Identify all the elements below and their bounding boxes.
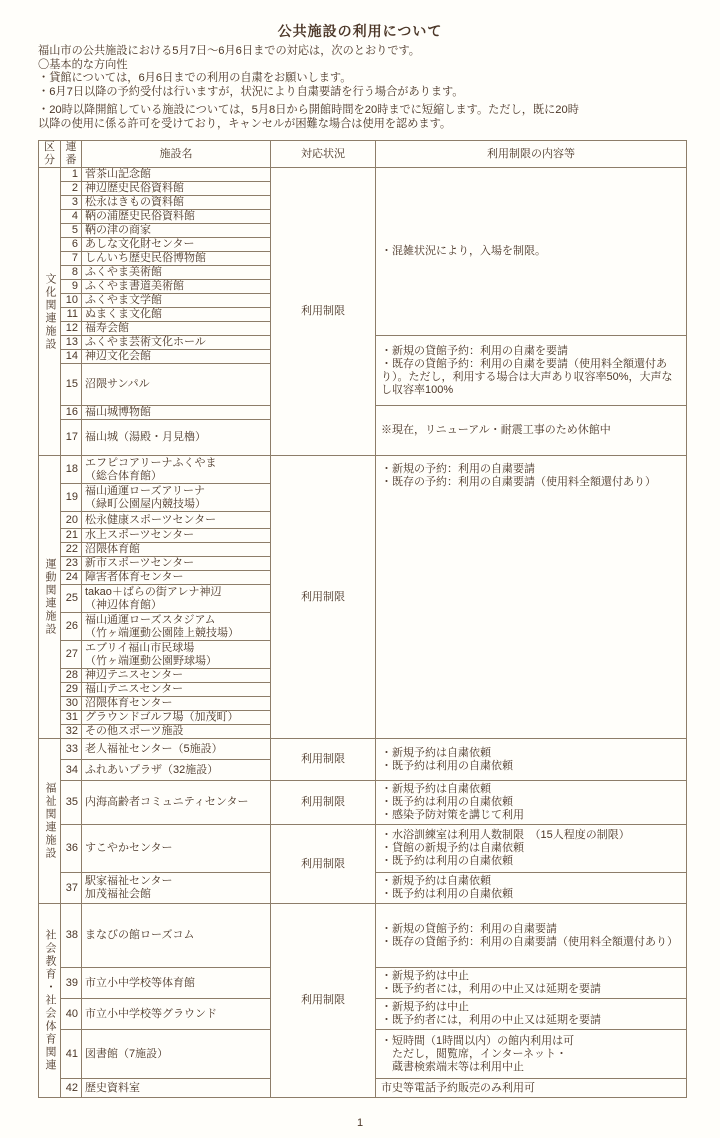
row-number: 3 bbox=[61, 196, 82, 210]
row-number: 29 bbox=[61, 683, 82, 697]
intro-text: 福山市の公共施設における5月7日～6月6日までの対応は，次のとおりです。 〇基本… bbox=[38, 45, 690, 131]
intro-line-4: ・6月7日以降の予約受付は行いますが，状況により自粛要請を行う場合があります。 bbox=[38, 86, 690, 100]
row-number: 9 bbox=[61, 280, 82, 294]
table-row: 福祉関連施設 33 老人福祉センター（5施設） 利用制限 ・新規予約は自粛依頼 … bbox=[39, 739, 687, 760]
table-row: 運動関連施設 18 エフピコアリーナふくやま （総合体育館） 利用制限 ・新規の… bbox=[39, 456, 687, 484]
row-number: 10 bbox=[61, 294, 82, 308]
row-number: 19 bbox=[61, 484, 82, 512]
facility-name: 市立小中学校等グラウンド bbox=[82, 999, 271, 1030]
row-number: 6 bbox=[61, 238, 82, 252]
facility-name: 鞆の浦歴史民俗資料館 bbox=[82, 210, 271, 224]
facility-name: 福山テニスセンター bbox=[82, 683, 271, 697]
table-row: 35 内海高齢者コミュニティセンター 利用制限 ・新規予約は自粛依頼 ・既予約は… bbox=[39, 781, 687, 825]
facility-table: 区分 連番 施設名 対応状況 利用制限の内容等 文化関連施設 1 菅茶山記念館 … bbox=[38, 140, 687, 1098]
row-number: 2 bbox=[61, 182, 82, 196]
facility-name: 神辺歴史民俗資料館 bbox=[82, 182, 271, 196]
row-number: 7 bbox=[61, 252, 82, 266]
row-number: 27 bbox=[61, 641, 82, 669]
table-row: 36 すこやかセンター 利用制限 ・水浴訓練室は利用人数制限 （15人程度の制限… bbox=[39, 825, 687, 873]
facility-name: 駅家福祉センター 加茂福祉会館 bbox=[82, 873, 271, 904]
row-number: 20 bbox=[61, 512, 82, 529]
facility-name: 図書館（7施設） bbox=[82, 1030, 271, 1079]
facility-name: 福山城（湯殿・月見櫓） bbox=[82, 420, 271, 456]
facility-name: すこやかセンター bbox=[82, 825, 271, 873]
facility-name: まなびの館ローズコム bbox=[82, 904, 271, 968]
facility-name: 市立小中学校等体育館 bbox=[82, 968, 271, 999]
facility-name: ふくやま文学館 bbox=[82, 294, 271, 308]
facility-name: 鞆の津の商家 bbox=[82, 224, 271, 238]
intro-line-3: ・貸館については，6月6日までの利用の自粛をお願いします。 bbox=[38, 72, 690, 86]
row-number: 34 bbox=[61, 760, 82, 781]
facility-name: 福山通運ローズアリーナ （緑町公園屋内競技場） bbox=[82, 484, 271, 512]
row-number: 41 bbox=[61, 1030, 82, 1079]
category-welfare: 福祉関連施設 bbox=[39, 739, 61, 904]
status-cell-sports: 利用制限 bbox=[271, 456, 376, 739]
row-number: 12 bbox=[61, 322, 82, 336]
row-number: 8 bbox=[61, 266, 82, 280]
row-number: 14 bbox=[61, 350, 82, 364]
row-number: 33 bbox=[61, 739, 82, 760]
facility-name: 福寿会館 bbox=[82, 322, 271, 336]
facility-name: 神辺文化会館 bbox=[82, 350, 271, 364]
intro-line-2: 〇基本的な方向性 bbox=[38, 59, 690, 73]
row-number: 21 bbox=[61, 529, 82, 543]
status-cell-social: 利用制限 bbox=[271, 904, 376, 1098]
facility-name: 新市スポーツセンター bbox=[82, 557, 271, 571]
row-number: 5 bbox=[61, 224, 82, 238]
status-cell-welfare-3: 利用制限 bbox=[271, 825, 376, 904]
row-number: 23 bbox=[61, 557, 82, 571]
restriction-cell-culture-a: ・混雑状況により，入場を制限。 bbox=[376, 168, 687, 336]
facility-name: ふれあいプラザ（32施設） bbox=[82, 760, 271, 781]
restriction-cell-social-41: ・短時間（1時間以内）の館内利用は可 ただし，閲覧席，インターネット・ 蔵書検索… bbox=[376, 1030, 687, 1079]
header-status: 対応状況 bbox=[271, 141, 376, 168]
facility-name: エフピコアリーナふくやま （総合体育館） bbox=[82, 456, 271, 484]
header-facility: 施設名 bbox=[82, 141, 271, 168]
facility-name: 沼隈サンパル bbox=[82, 364, 271, 406]
facility-name: その他スポーツ施設 bbox=[82, 725, 271, 739]
facility-name: 障害者体育センター bbox=[82, 571, 271, 585]
intro-line-1: 福山市の公共施設における5月7日～6月6日までの対応は，次のとおりです。 bbox=[38, 45, 690, 59]
category-culture: 文化関連施設 bbox=[39, 168, 61, 456]
facility-name: しんいち歴史民俗博物館 bbox=[82, 252, 271, 266]
restriction-cell-welfare-3: ・水浴訓練室は利用人数制限 （15人程度の制限） ・貸館の新規予約は自粛依頼 ・… bbox=[376, 825, 687, 873]
category-sports: 運動関連施設 bbox=[39, 456, 61, 739]
facility-name: 歴史資料室 bbox=[82, 1079, 271, 1098]
facility-name: 福山通運ローズスタジアム （竹ヶ端運動公園陸上競技場） bbox=[82, 613, 271, 641]
row-number: 4 bbox=[61, 210, 82, 224]
row-number: 25 bbox=[61, 585, 82, 613]
table-row: 社会教育・社会体育関連 38 まなびの館ローズコム 利用制限 ・新規の貸館予約：… bbox=[39, 904, 687, 968]
row-number: 36 bbox=[61, 825, 82, 873]
intro-line-5: ・20時以降開館している施設については，5月8日から開館時間を20時までに短縮し… bbox=[38, 104, 690, 131]
restriction-cell-culture-c: ※現在，リニューアル・耐震工事のため休館中 bbox=[376, 406, 687, 456]
restriction-cell-culture-b: ・新規の貸館予約：利用の自粛を要請 ・既存の貸館予約：利用の自粛を要請（使用料全… bbox=[376, 336, 687, 406]
restriction-cell-sports: ・新規の予約：利用の自粛要請 ・既存の予約：利用の自粛要請（使用料全額還付あり） bbox=[376, 456, 687, 739]
facility-name: 沼隈体育館 bbox=[82, 543, 271, 557]
facility-name: 神辺テニスセンター bbox=[82, 669, 271, 683]
restriction-cell-social-40: ・新規予約は中止 ・既予約者には，利用の中止又は延期を要請 bbox=[376, 999, 687, 1030]
restriction-cell-social-38: ・新規の貸館予約：利用の自粛要請 ・既存の貸館予約：利用の自粛要請（使用料全額還… bbox=[376, 904, 687, 968]
table-header-row: 区分 連番 施設名 対応状況 利用制限の内容等 bbox=[39, 141, 687, 168]
restriction-cell-welfare-2: ・新規予約は自粛依頼 ・既予約は利用の自粛依頼 ・感染予防対策を講じて利用 bbox=[376, 781, 687, 825]
row-number: 39 bbox=[61, 968, 82, 999]
row-number: 31 bbox=[61, 711, 82, 725]
facility-name: ぬまくま文化館 bbox=[82, 308, 271, 322]
row-number: 35 bbox=[61, 781, 82, 825]
row-number: 17 bbox=[61, 420, 82, 456]
status-cell-culture: 利用制限 bbox=[271, 168, 376, 456]
facility-name: エブリイ福山市民球場 （竹ヶ端運動公園野球場） bbox=[82, 641, 271, 669]
row-number: 28 bbox=[61, 669, 82, 683]
header-category: 区分 bbox=[39, 141, 61, 168]
row-number: 38 bbox=[61, 904, 82, 968]
restriction-cell-social-39: ・新規予約は中止 ・既予約者には，利用の中止又は延期を要請 bbox=[376, 968, 687, 999]
row-number: 13 bbox=[61, 336, 82, 350]
header-number: 連番 bbox=[61, 141, 82, 168]
category-social: 社会教育・社会体育関連 bbox=[39, 904, 61, 1098]
facility-name: takao＋ばらの街アレナ神辺 （神辺体育館） bbox=[82, 585, 271, 613]
facility-name: ふくやま書道美術館 bbox=[82, 280, 271, 294]
facility-name: 松永健康スポーツセンター bbox=[82, 512, 271, 529]
status-cell-welfare-1: 利用制限 bbox=[271, 739, 376, 781]
row-number: 1 bbox=[61, 168, 82, 182]
facility-name: 菅茶山記念館 bbox=[82, 168, 271, 182]
row-number: 24 bbox=[61, 571, 82, 585]
facility-name: 老人福祉センター（5施設） bbox=[82, 739, 271, 760]
facility-name: 沼隈体育センター bbox=[82, 697, 271, 711]
row-number: 40 bbox=[61, 999, 82, 1030]
table-row: 文化関連施設 1 菅茶山記念館 利用制限 ・混雑状況により，入場を制限。 bbox=[39, 168, 687, 182]
facility-name: 松永はきもの資料館 bbox=[82, 196, 271, 210]
header-restriction: 利用制限の内容等 bbox=[376, 141, 687, 168]
page-title: 公共施設の利用について bbox=[0, 21, 720, 41]
restriction-cell-welfare-1: ・新規予約は自粛依頼 ・既予約は利用の自粛依頼 bbox=[376, 739, 687, 781]
facility-name: グラウンドゴルフ場（加茂町） bbox=[82, 711, 271, 725]
row-number: 22 bbox=[61, 543, 82, 557]
row-number: 37 bbox=[61, 873, 82, 904]
facility-name: ふくやま芸術文化ホール bbox=[82, 336, 271, 350]
facility-name: 福山城博物館 bbox=[82, 406, 271, 420]
facility-name: ふくやま美術館 bbox=[82, 266, 271, 280]
row-number: 18 bbox=[61, 456, 82, 484]
row-number: 32 bbox=[61, 725, 82, 739]
row-number: 26 bbox=[61, 613, 82, 641]
row-number: 16 bbox=[61, 406, 82, 420]
row-number: 42 bbox=[61, 1079, 82, 1098]
facility-name: 水上スポーツセンター bbox=[82, 529, 271, 543]
row-number: 15 bbox=[61, 364, 82, 406]
restriction-cell-social-42: 市史等電話予約販売のみ利用可 bbox=[376, 1079, 687, 1098]
row-number: 11 bbox=[61, 308, 82, 322]
facility-name: あしな文化財センター bbox=[82, 238, 271, 252]
facility-name: 内海高齢者コミュニティセンター bbox=[82, 781, 271, 825]
restriction-cell-welfare-4: ・新規予約は自粛依頼 ・既予約は利用の自粛依頼 bbox=[376, 873, 687, 904]
status-cell-welfare-2: 利用制限 bbox=[271, 781, 376, 825]
page-number: 1 bbox=[0, 1117, 720, 1129]
row-number: 30 bbox=[61, 697, 82, 711]
